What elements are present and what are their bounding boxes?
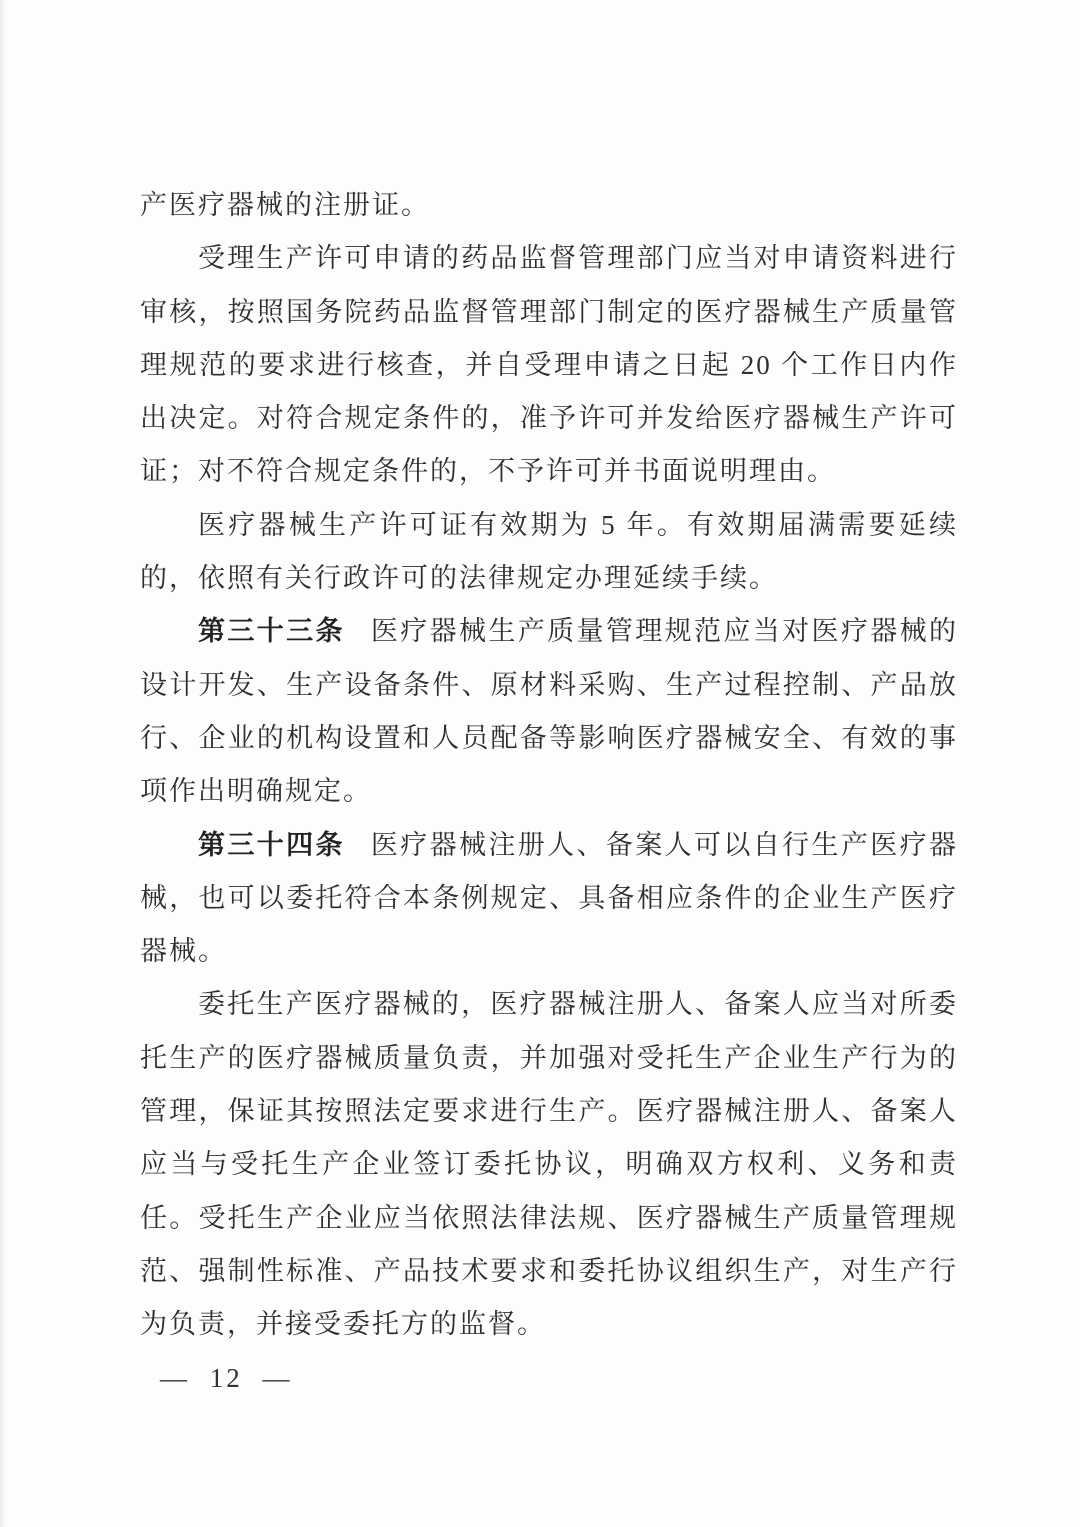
text-line: 任。受托生产企业应当依照法律法规、医疗器械生产质量管理规 <box>140 1192 958 1245</box>
text-line: 应当与受托生产企业签订委托协议，明确双方权利、义务和责 <box>140 1138 958 1191</box>
text-line: 行、企业的机构设置和人员配备等影响医疗器械安全、有效的事 <box>140 712 958 765</box>
text-line: 委托生产医疗器械的，医疗器械注册人、备案人应当对所委 <box>140 978 958 1031</box>
article-34-number: 第三十四条 <box>198 830 345 860</box>
scan-edge-artifact <box>0 0 6 1527</box>
text-line: 出决定。对符合规定条件的，准予许可并发给医疗器械生产许可 <box>140 392 958 445</box>
document-page: 产医疗器械的注册证。 受理生产许可申请的药品监督管理部门应当对申请资料进行 审核… <box>0 0 1080 1527</box>
text-line: 托生产的医疗器械质量负责，并加强对受托生产企业生产行为的 <box>140 1032 958 1085</box>
text-line: 理规范的要求进行核查，并自受理申请之日起 20 个工作日内作 <box>140 339 958 392</box>
text-line-article-34: 第三十四条医疗器械注册人、备案人可以自行生产医疗器 <box>140 819 958 872</box>
article-33-number: 第三十三条 <box>198 616 345 646</box>
text-line: 医疗器械生产许可证有效期为 5 年。有效期届满需要延续 <box>140 499 958 552</box>
text-line: 为负责，并接受委托方的监督。 <box>140 1298 958 1351</box>
text-line: 审核，按照国务院药品监督管理部门制定的医疗器械生产质量管 <box>140 286 958 339</box>
text-line: 的，依照有关行政许可的法律规定办理延续手续。 <box>140 552 958 605</box>
text-line: 受理生产许可申请的药品监督管理部门应当对申请资料进行 <box>140 232 958 285</box>
article-34-text: 医疗器械注册人、备案人可以自行生产医疗器 <box>371 830 958 860</box>
text-line: 械，也可以委托符合本条例规定、具备相应条件的企业生产医疗 <box>140 872 958 925</box>
text-line: 范、强制性标准、产品技术要求和委托协议组织生产，对生产行 <box>140 1245 958 1298</box>
text-line: 证；对不符合规定条件的，不予许可并书面说明理由。 <box>140 445 958 498</box>
article-33-text: 医疗器械生产质量管理规范应当对医疗器械的 <box>371 616 958 646</box>
page-number: — 12 — <box>160 1360 293 1396</box>
text-line-article-33: 第三十三条医疗器械生产质量管理规范应当对医疗器械的 <box>140 605 958 658</box>
text-line: 设计开发、生产设备条件、原材料采购、生产过程控制、产品放 <box>140 659 958 712</box>
text-line: 器械。 <box>140 925 958 978</box>
document-body: 产医疗器械的注册证。 受理生产许可申请的药品监督管理部门应当对申请资料进行 审核… <box>140 179 958 1352</box>
text-line: 管理，保证其按照法定要求进行生产。医疗器械注册人、备案人 <box>140 1085 958 1138</box>
text-line: 项作出明确规定。 <box>140 765 958 818</box>
text-line: 产医疗器械的注册证。 <box>140 179 958 232</box>
